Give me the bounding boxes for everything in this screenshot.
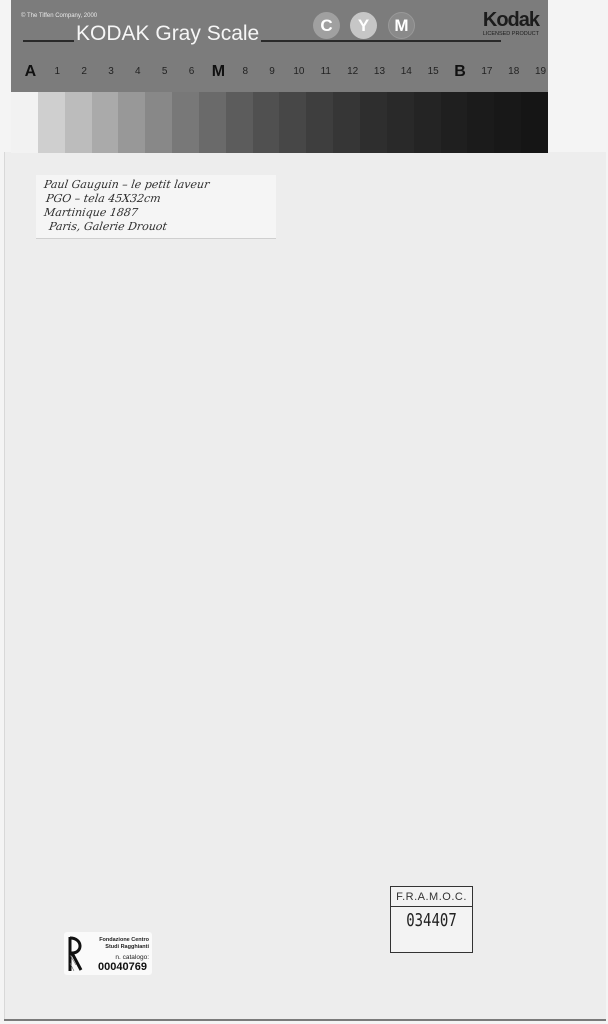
gray-patch xyxy=(65,92,92,153)
gray-patch xyxy=(360,92,387,153)
gray-patch xyxy=(333,92,360,153)
gray-patch xyxy=(11,92,38,153)
step-label: A xyxy=(17,62,43,82)
gray-patch xyxy=(118,92,145,153)
label-line: PGO – tela 45X32cm xyxy=(43,192,277,206)
step-label: 3 xyxy=(98,62,124,82)
stamp-header: F.R.A.M.O.C. xyxy=(391,887,472,907)
gray-patch xyxy=(172,92,199,153)
gray-patch xyxy=(199,92,226,153)
step-numbers: A123456M89101112131415B171819 xyxy=(11,62,548,82)
ragghianti-logo-icon xyxy=(67,935,85,973)
gray-patch xyxy=(441,92,468,153)
step-label: 13 xyxy=(366,62,392,82)
step-label: B xyxy=(447,62,473,82)
label-line: Paris, Galerie Drouot xyxy=(43,220,277,234)
step-label: 18 xyxy=(501,62,527,82)
handwritten-label: Paul Gauguin – le petit laveur PGO – tel… xyxy=(36,175,276,239)
gray-patch xyxy=(306,92,333,153)
kodak-gray-scale: © The Tiffen Company, 2000 KODAK Gray Sc… xyxy=(11,0,548,153)
gray-patch xyxy=(145,92,172,153)
gray-patch xyxy=(38,92,65,153)
label-line: Martinique 1887 xyxy=(43,206,277,220)
step-label: 8 xyxy=(232,62,258,82)
kodak-logo: Kodak xyxy=(483,9,539,32)
sticker-line-1: Fondazione Centro xyxy=(99,937,149,943)
label-line: Paul Gauguin – le petit laveur xyxy=(43,178,277,192)
step-label: 11 xyxy=(313,62,339,82)
sticker-line-3: n. catalogo: xyxy=(115,954,149,961)
copyright-text: © The Tiffen Company, 2000 xyxy=(21,13,97,19)
step-label: 4 xyxy=(125,62,151,82)
scale-title: KODAK Gray Scale xyxy=(74,22,261,46)
gray-patch xyxy=(467,92,494,153)
step-label: 19 xyxy=(528,62,554,82)
gray-patch xyxy=(414,92,441,153)
step-label: 10 xyxy=(286,62,312,82)
photo-back-card xyxy=(4,152,606,1021)
yellow-marker-icon: Y xyxy=(350,12,377,39)
step-label: 15 xyxy=(420,62,446,82)
step-label: 14 xyxy=(393,62,419,82)
catalog-sticker: Fondazione Centro Studi Ragghianti n. ca… xyxy=(64,932,152,975)
framoc-stamp: F.R.A.M.O.C. 034407 xyxy=(390,886,473,953)
gray-patch xyxy=(494,92,521,153)
gray-patch xyxy=(92,92,119,153)
gray-patch xyxy=(226,92,253,153)
gray-patch xyxy=(253,92,280,153)
step-label: 5 xyxy=(152,62,178,82)
gray-patch xyxy=(279,92,306,153)
cyan-marker-icon: C xyxy=(313,12,340,39)
step-label: 2 xyxy=(71,62,97,82)
gray-patch xyxy=(521,92,548,153)
step-label: 6 xyxy=(179,62,205,82)
step-label: 1 xyxy=(44,62,70,82)
step-label: 12 xyxy=(340,62,366,82)
catalog-number: 00040769 xyxy=(98,961,147,973)
magenta-marker-icon: M xyxy=(388,12,415,39)
gray-patches xyxy=(11,92,548,153)
step-label: M xyxy=(205,62,231,82)
step-label: 9 xyxy=(259,62,285,82)
gray-patch xyxy=(387,92,414,153)
sticker-line-2: Studi Ragghianti xyxy=(105,944,149,950)
stamp-number: 034407 xyxy=(391,911,472,931)
step-label: 17 xyxy=(474,62,500,82)
licensed-product-text: LICENSED PRODUCT xyxy=(483,31,539,37)
